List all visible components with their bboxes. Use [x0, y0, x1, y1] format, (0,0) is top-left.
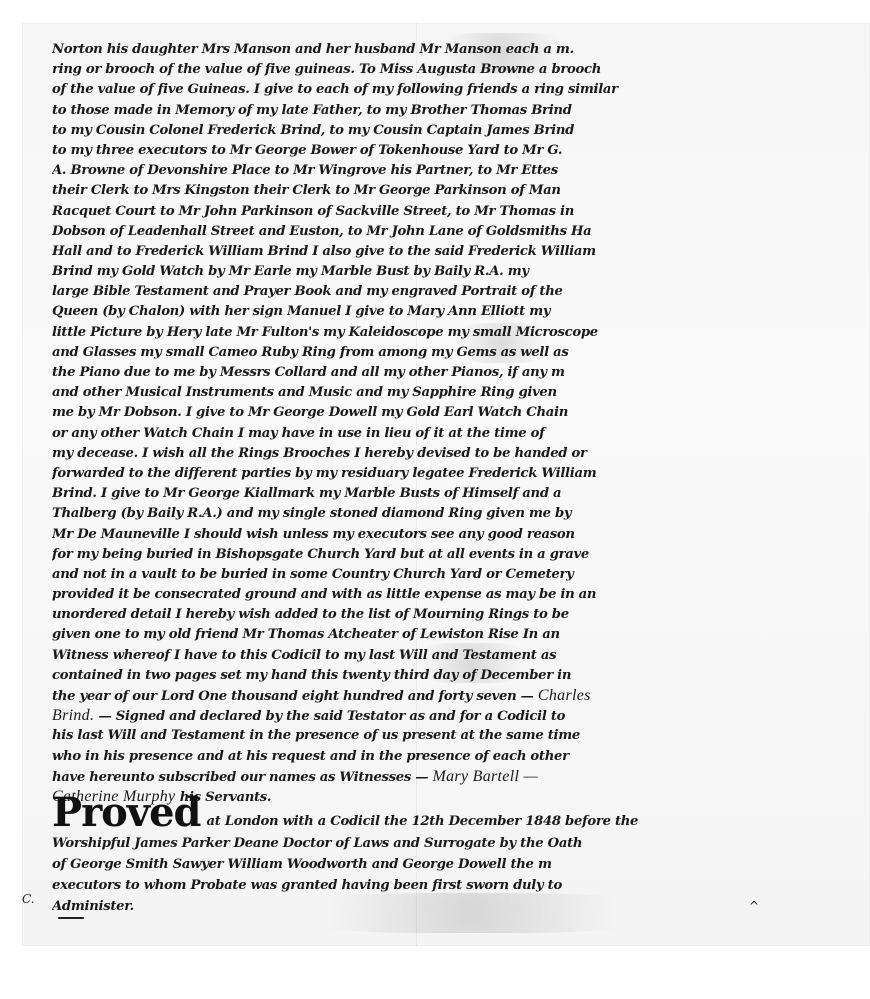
- probate-first-line: Proved at London with a Codicil the 12th…: [52, 793, 842, 833]
- text-line: Administer.: [52, 896, 842, 917]
- text-line: Racquet Court to Mr John Parkinson of Sa…: [52, 202, 836, 222]
- text-line: to my Cousin Colonel Frederick Brind, to…: [52, 121, 836, 141]
- attestation-text: — Signed and declared by the said Testat…: [99, 709, 566, 724]
- text-line: of the value of five Guineas. I give to …: [52, 80, 836, 100]
- text-line: Worshipful James Parker Deane Doctor of …: [52, 833, 842, 854]
- text-line: have hereunto subscribed our names as Wi…: [52, 767, 836, 787]
- text-line: Brind my Gold Watch by Mr Earle my Marbl…: [52, 262, 836, 282]
- text-line: the Piano due to me by Messrs Collard an…: [52, 363, 836, 383]
- text-line: his last Will and Testament in the prese…: [52, 726, 836, 746]
- caret-mark: ^: [749, 899, 759, 913]
- text-line: for my being buried in Bishopsgate Churc…: [52, 545, 836, 565]
- text-line: executors to whom Probate was granted ha…: [52, 875, 842, 896]
- text-line: the year of our Lord One thousand eight …: [52, 686, 836, 706]
- testator-signature-last: Brind.: [52, 707, 94, 724]
- text-line-content: the year of our Lord One thousand eight …: [52, 689, 534, 704]
- text-line: Witness whereof I have to this Codicil t…: [52, 646, 836, 666]
- text-line: and Glasses my small Cameo Ruby Ring fro…: [52, 343, 836, 363]
- pen-stroke-mark: [58, 917, 84, 919]
- probate-heading: Proved: [52, 793, 201, 833]
- text-line: forwarded to the different parties by my…: [52, 464, 836, 484]
- text-line: ring or brooch of the value of five guin…: [52, 60, 836, 80]
- text-line: provided it be consecrated ground and wi…: [52, 585, 836, 605]
- text-line: Dobson of Leadenhall Street and Euston, …: [52, 222, 836, 242]
- text-line: Brind. I give to Mr George Kiallmark my …: [52, 484, 836, 504]
- text-line: Norton his daughter Mrs Manson and her h…: [52, 40, 836, 60]
- text-line: and other Musical Instruments and Music …: [52, 383, 836, 403]
- text-line: given one to my old friend Mr Thomas Atc…: [52, 625, 836, 645]
- text-line: their Clerk to Mrs Kingston their Clerk …: [52, 181, 836, 201]
- text-line: to my three executors to Mr George Bower…: [52, 141, 836, 161]
- probate-text: at London with a Codicil the 12th Decemb…: [207, 814, 639, 833]
- probate-section: Proved at London with a Codicil the 12th…: [52, 793, 842, 917]
- text-line: contained in two pages set my hand this …: [52, 666, 836, 686]
- text-line: Thalberg (by Baily R.A.) and my single s…: [52, 504, 836, 524]
- will-body-text: Norton his daughter Mrs Manson and her h…: [52, 40, 836, 807]
- probate-lines: Worshipful James Parker Deane Doctor of …: [52, 833, 842, 917]
- text-line: Brind. — Signed and declared by the said…: [52, 706, 836, 726]
- text-line: of George Smith Sawyer William Woodworth…: [52, 854, 842, 875]
- text-line: and not in a vault to be buried in some …: [52, 565, 836, 585]
- attestation-text: have hereunto subscribed our names as Wi…: [52, 770, 428, 785]
- text-line: my decease. I wish all the Rings Brooche…: [52, 444, 836, 464]
- text-line: Mr De Mauneville I should wish unless my…: [52, 525, 836, 545]
- text-line: unordered detail I hereby wish added to …: [52, 605, 836, 625]
- margin-mark: C.: [22, 892, 35, 906]
- text-line: or any other Watch Chain I may have in u…: [52, 424, 836, 444]
- text-line: who in his presence and at his request a…: [52, 747, 836, 767]
- text-line: me by Mr Dobson. I give to Mr George Dow…: [52, 403, 836, 423]
- text-line: Queen (by Chalon) with her sign Manuel I…: [52, 302, 836, 322]
- text-line: to those made in Memory of my late Fathe…: [52, 101, 836, 121]
- text-line: Hall and to Frederick William Brind I al…: [52, 242, 836, 262]
- text-line: large Bible Testament and Prayer Book an…: [52, 282, 836, 302]
- witness-signature-1: Mary Bartell —: [433, 768, 539, 785]
- text-line: little Picture by Hery late Mr Fulton's …: [52, 323, 836, 343]
- testator-signature-first: Charles: [538, 687, 591, 704]
- text-line: A. Browne of Devonshire Place to Mr Wing…: [52, 161, 836, 181]
